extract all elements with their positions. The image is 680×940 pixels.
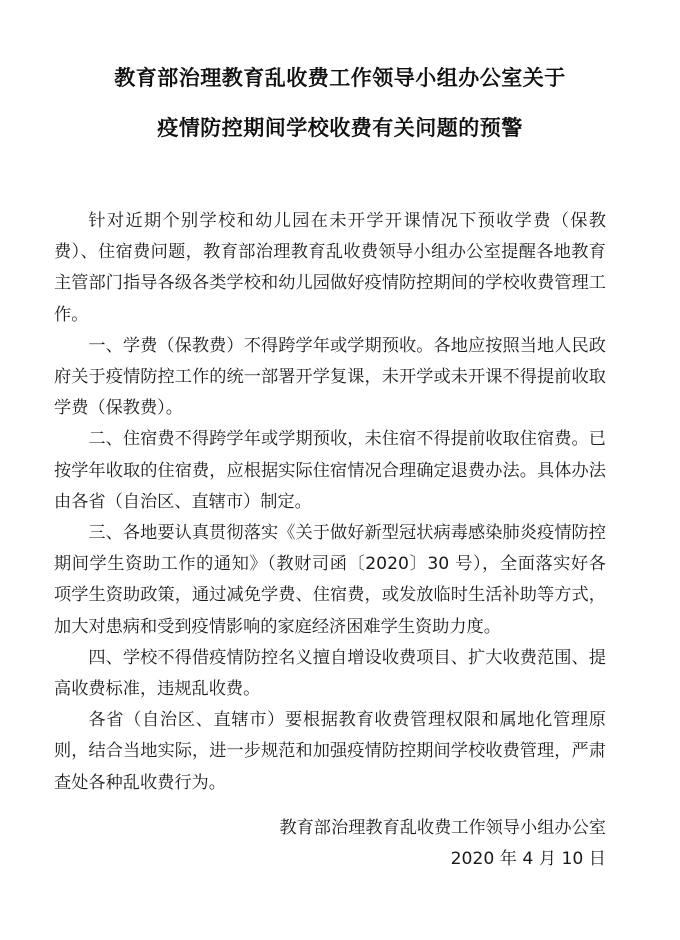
paragraph-item-1: 一、学费（保教费）不得跨学年或学期预收。各地应按照当地人民政府关于疫情防控工作的… [54,331,606,425]
paragraph-item-3: 三、各地要认真贯彻落实《关于做好新型冠状病毒感染肺炎疫情防控期间学生资助工作的通… [54,518,606,643]
paragraph-item-4: 四、学校不得借疫情防控名义擅自增设收费项目、扩大收费范围、提高收费标准，违规乱收… [54,643,606,705]
signature-date: 2020 年 4 月 10 日 [451,844,606,869]
document-body: 针对近期个别学校和幼儿园在未开学开课情况下预收学费（保教费）、住宿费问题，教育部… [54,206,606,799]
paragraph-item-2: 二、住宿费不得跨学年或学期预收，未住宿不得提前收取住宿费。已按学年收取的住宿费，… [54,424,606,518]
signature-organization: 教育部治理教育乱收费工作领导小组办公室 [279,813,606,838]
document-title-line-1: 教育部治理教育乱收费工作领导小组办公室关于 [0,62,680,92]
paragraph-intro: 针对近期个别学校和幼儿园在未开学开课情况下预收学费（保教费）、住宿费问题，教育部… [54,206,606,331]
document-title-line-2: 疫情防控期间学校收费有关问题的预警 [0,112,680,142]
document-page: 教育部治理教育乱收费工作领导小组办公室关于 疫情防控期间学校收费有关问题的预警 … [0,0,680,940]
paragraph-conclusion: 各省（自治区、直辖市）要根据教育收费管理权限和属地化管理原则，结合当地实际，进一… [54,705,606,799]
